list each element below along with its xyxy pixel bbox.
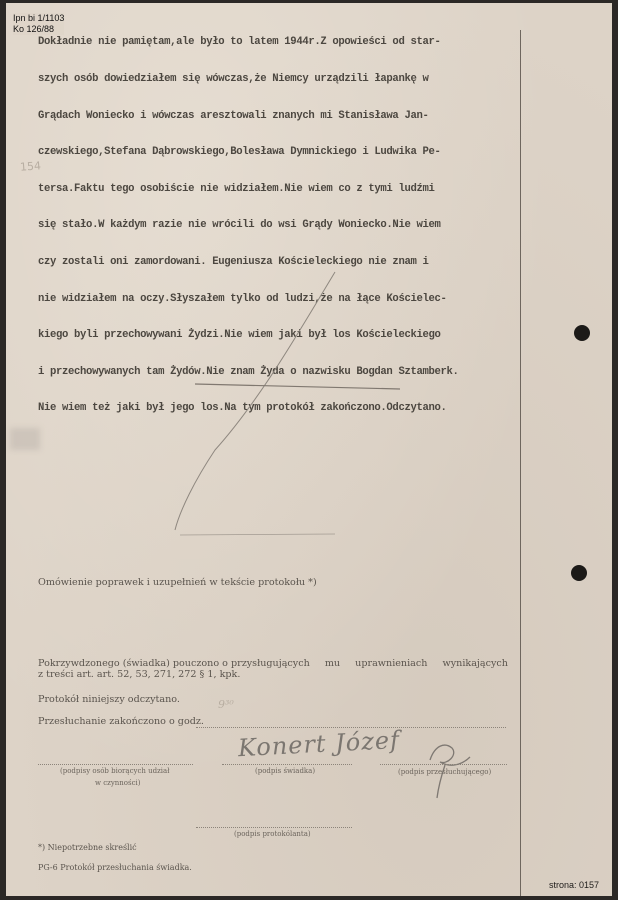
typed-line: Grądach Woniecko i wówczas aresztowali z…	[38, 110, 538, 122]
typed-line: szych osób dowiedziałem się wówczas,że N…	[38, 73, 538, 85]
read-statement: Protokół niniejszy odczytano.	[38, 694, 180, 705]
scan-border	[612, 0, 618, 900]
pencil-page-number: 154	[20, 159, 42, 173]
recorder-label: (podpis protokólanta)	[234, 830, 311, 838]
archive-ref-line-2: Ko 126/88	[13, 24, 64, 35]
typed-testimony: Dokładnie nie pamiętam,ale było to latem…	[38, 12, 538, 427]
typed-line: i przechowywanych tam Żydów.Nie znam Żyd…	[38, 366, 538, 378]
smudge-mark	[10, 428, 40, 450]
instruction-word: mu	[325, 658, 340, 669]
punch-hole-icon	[574, 325, 590, 341]
instruction-text: Pokrzywdzonego (świadka) pouczono o przy…	[38, 658, 508, 680]
instruction-word: uprawnieniach	[355, 658, 427, 669]
interrogator-label: (podpis przesłuchującego)	[398, 768, 491, 776]
typed-line: się stało.W każdym razie nie wrócili do …	[38, 219, 538, 231]
ended-at-value: 9³⁰	[218, 698, 234, 711]
form-code: PG-6 Protokół przesłuchania świadka.	[38, 862, 192, 873]
archive-reference: Ipn bi 1/1103 Ko 126/88	[13, 13, 64, 35]
punch-hole-icon	[571, 565, 587, 581]
typed-line: Dokładnie nie pamiętam,ale było to latem…	[38, 36, 538, 48]
witness-signature-line	[222, 764, 352, 765]
participants-label-1: (podpisy osób biorących udział	[60, 767, 169, 775]
witness-label: (podpis świadka)	[255, 767, 315, 775]
corrections-label: Omówienie poprawek i uzupełnień w tekści…	[38, 577, 317, 588]
typed-line: czewskiego,Stefana Dąbrowskiego,Bolesław…	[38, 146, 538, 158]
interrogator-signature-line	[380, 764, 507, 765]
participants-label-2: w czynności)	[95, 779, 141, 787]
footnote: *) Niepotrzebne skreślić	[38, 842, 137, 853]
typed-line: Nie wiem też jaki był jego los.Na tym pr…	[38, 402, 538, 414]
typed-line: kiego byli przechowywani Żydzi.Nie wiem …	[38, 329, 538, 341]
recorder-signature-line	[196, 827, 352, 828]
participants-signature-line	[38, 764, 193, 765]
instruction-word: wynikających	[443, 658, 508, 669]
instruction-line-2: z treści art. art. 52, 53, 271, 272 § 1,…	[38, 669, 508, 680]
typed-line: czy zostali oni zamordowani. Eugeniusza …	[38, 256, 538, 268]
typed-line: nie widziałem na oczy.Słyszałem tylko od…	[38, 293, 538, 305]
page-number-label: strona: 0157	[549, 880, 599, 890]
archive-ref-line-1: Ipn bi 1/1103	[13, 13, 64, 24]
typed-line: tersa.Faktu tego osobiście nie widziałem…	[38, 183, 538, 195]
instruction-word: Pokrzywdzonego (świadka) pouczono o przy…	[38, 658, 310, 669]
ended-at-label: Przesłuchanie zakończono o godz.	[38, 716, 204, 727]
